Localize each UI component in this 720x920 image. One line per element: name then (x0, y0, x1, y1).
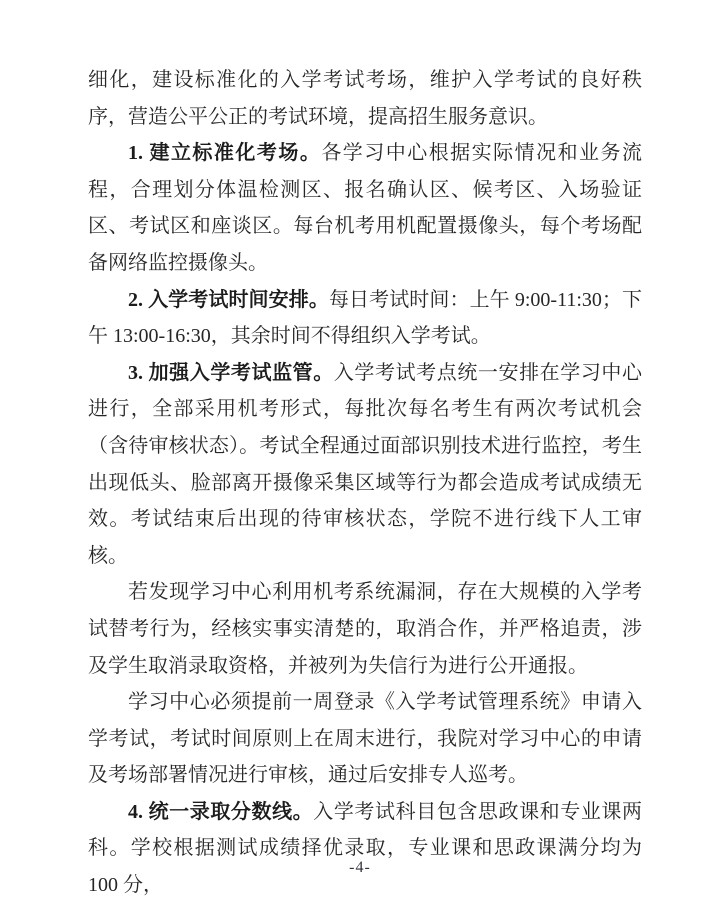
document-body: 细化，建设标准化的入学考试考场，维护入学考试的良好秩序，营造公平公正的考试环境，… (88, 62, 642, 904)
document-page: 细化，建设标准化的入学考试考场，维护入学考试的良好秩序，营造公平公正的考试环境，… (0, 0, 720, 920)
paragraph-point-3: 3. 加强入学考试监管。入学考试考点统一安排在学习中心进行，全部采用机考形式，每… (88, 355, 642, 575)
paragraph-point-4: 4. 统一录取分数线。入学考试科目包含思政课和专业课两科。学校根据测试成绩择优录… (88, 794, 642, 904)
paragraph-heading: 3. 加强入学考试监管。 (128, 362, 334, 384)
paragraph-text: 若发现学习中心利用机考系统漏洞，存在大规模的入学考试替考行为，经核实事实清楚的，… (88, 581, 642, 676)
paragraph-point-2: 2. 入学考试时间安排。每日考试时间：上午 9:00-11:30；下午 13:0… (88, 282, 642, 355)
paragraph-application: 学习中心必须提前一周登录《入学考试管理系统》申请入学考试，考试时间原则上在周末进… (88, 684, 642, 794)
paragraph-heading: 4. 统一录取分数线。 (128, 801, 313, 823)
paragraph-text: 入学考试考点统一安排在学习中心进行，全部采用机考形式，每批次每名考生有两次考试机… (88, 362, 642, 567)
paragraph-heading: 1. 建立标准化考场。 (128, 142, 321, 164)
page-number: -4- (349, 859, 371, 876)
page-footer: -4- (0, 858, 720, 878)
paragraph-continuation: 细化，建设标准化的入学考试考场，维护入学考试的良好秩序，营造公平公正的考试环境，… (88, 62, 642, 135)
paragraph-text: 细化，建设标准化的入学考试考场，维护入学考试的良好秩序，营造公平公正的考试环境，… (88, 69, 642, 128)
paragraph-penalty: 若发现学习中心利用机考系统漏洞，存在大规模的入学考试替考行为，经核实事实清楚的，… (88, 574, 642, 684)
paragraph-heading: 2. 入学考试时间安排。 (128, 289, 329, 311)
paragraph-text: 学习中心必须提前一周登录《入学考试管理系统》申请入学考试，考试时间原则上在周末进… (88, 691, 642, 786)
paragraph-point-1: 1. 建立标准化考场。各学习中心根据实际情况和业务流程，合理划分体温检测区、报名… (88, 135, 642, 281)
